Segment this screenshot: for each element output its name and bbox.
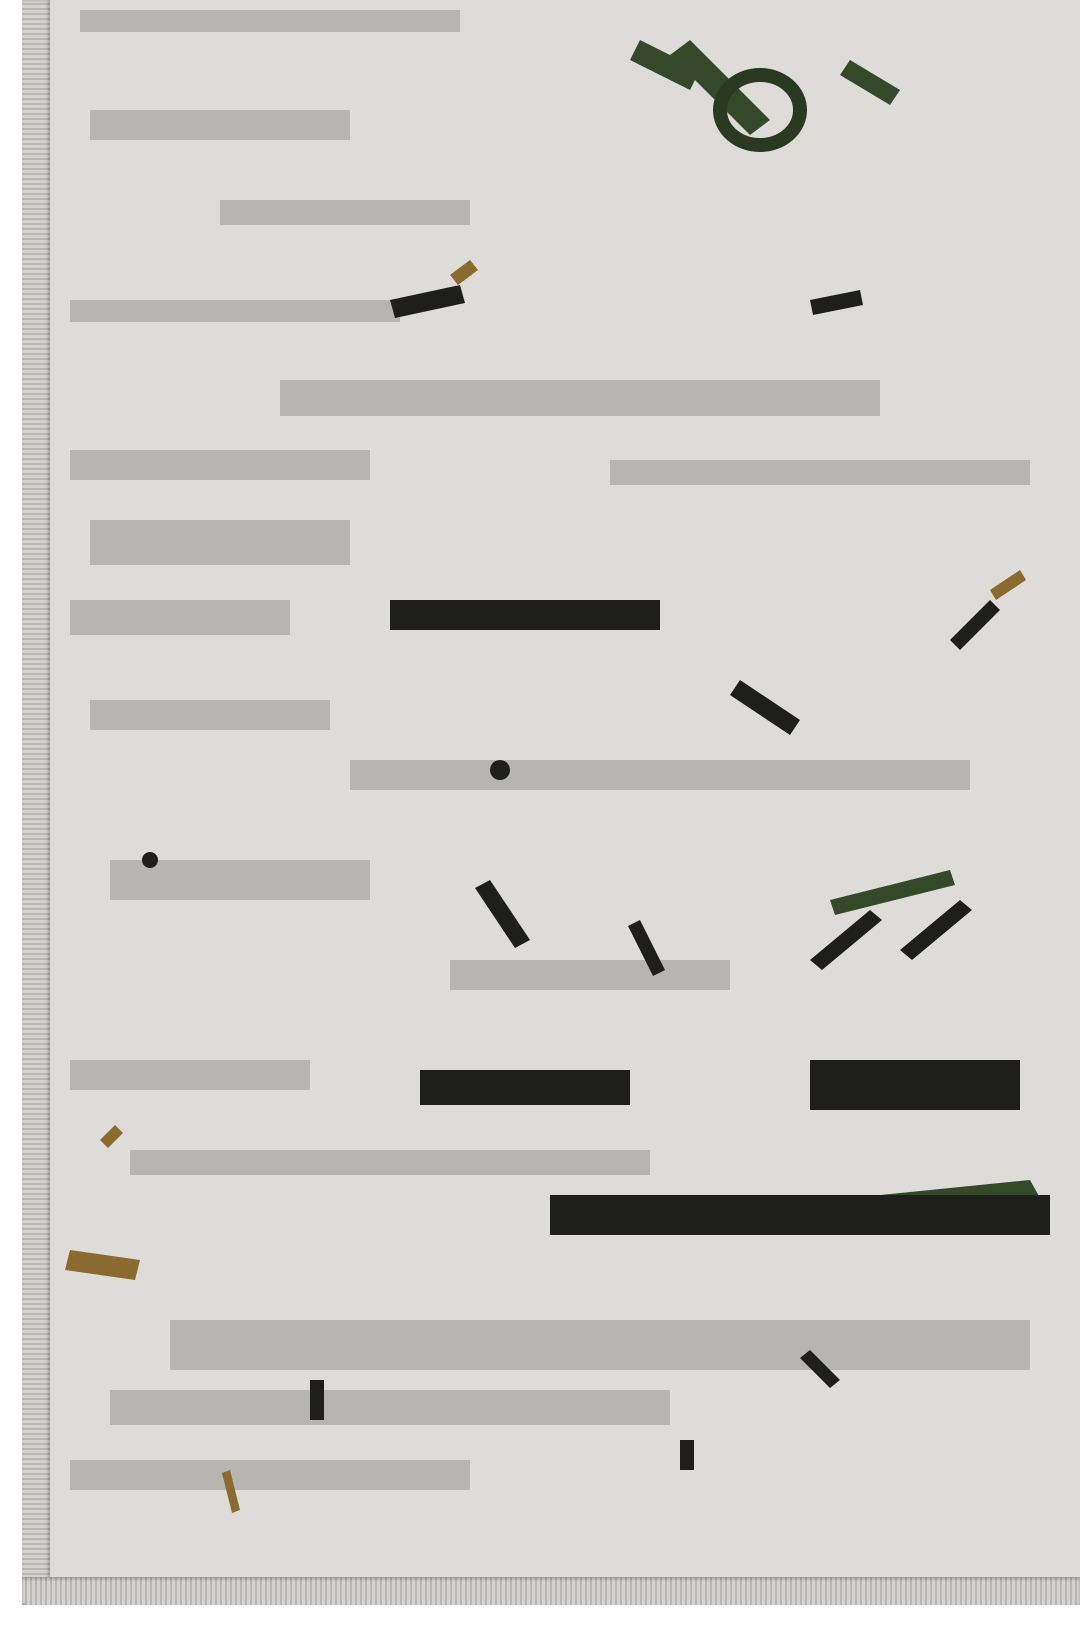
distressed-pattern bbox=[50, 0, 1080, 1577]
rug-binding-left bbox=[22, 0, 50, 1605]
rug-photo bbox=[22, 0, 1080, 1605]
rug-binding-bottom bbox=[22, 1577, 1080, 1605]
rug-field bbox=[50, 0, 1080, 1577]
